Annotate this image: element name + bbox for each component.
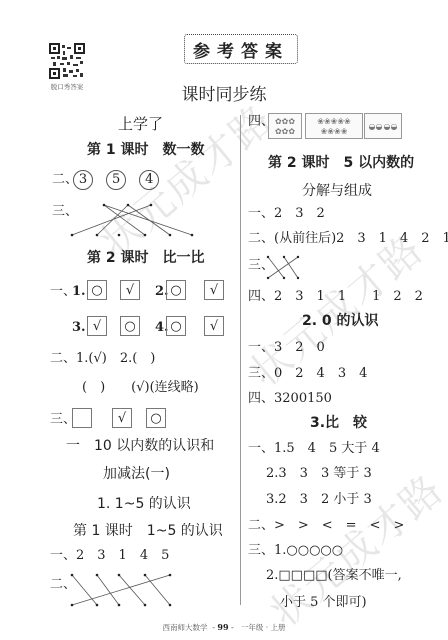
chapter-title: 一 10 以内数的认识和 bbox=[66, 438, 214, 454]
section-title: 1. 1~5 的认识 bbox=[97, 496, 191, 512]
answer-line: 2.□□□□(答案不唯一, bbox=[266, 568, 402, 584]
answer-line: 一、2 3 1 4 5 bbox=[50, 548, 169, 564]
answer-line: 2.3 3 3 等于 3 bbox=[266, 466, 372, 482]
answer-line: 小于 5 个即可) bbox=[280, 595, 367, 611]
lesson-title: 分解与组成 bbox=[302, 183, 372, 199]
answer-circle: 5 bbox=[106, 170, 126, 190]
grade-label: 一年级 · 上册 bbox=[241, 623, 286, 632]
answer-box: ○ bbox=[120, 316, 140, 336]
item-number: 1. bbox=[72, 284, 86, 300]
answer-circle: 3 bbox=[73, 170, 93, 190]
answer-box: ○ bbox=[87, 280, 107, 300]
question-label: 二、 bbox=[50, 577, 76, 593]
chapter-title: 加减法(一) bbox=[103, 466, 170, 482]
answer-box: ○ bbox=[166, 280, 186, 300]
answer-line: 四、2 3 1 1 1 2 2 bbox=[248, 289, 423, 305]
lesson-title: 第 2 课时 5 以内数的 bbox=[268, 155, 414, 171]
answer-line: ( ) (√)(连线略) bbox=[82, 380, 199, 396]
answer-box: √ bbox=[204, 316, 224, 336]
answer-box: ○ bbox=[146, 408, 166, 428]
picture-tomatoes: ◒◒◒◒ bbox=[364, 113, 402, 139]
answer-line: 二、> > < = < > bbox=[248, 518, 404, 534]
page-number: 99 bbox=[217, 622, 228, 632]
lesson-title: 第 1 课时 数一数 bbox=[87, 142, 205, 158]
question-label: 三、 bbox=[248, 258, 274, 274]
answer-line: 三、1.○○○○○ bbox=[248, 543, 343, 559]
answer-box: √ bbox=[112, 408, 132, 428]
question-label: 三、 bbox=[52, 204, 78, 220]
answer-line: 一、1.5 4 5 大于 4 bbox=[248, 441, 380, 457]
unit-title: 上学了 bbox=[118, 116, 163, 132]
picture-balls: ❀❀❀❀❀❀❀❀❀ bbox=[305, 113, 363, 139]
answer-line: 四、3200150 bbox=[248, 391, 332, 407]
answer-box: √ bbox=[204, 280, 224, 300]
picture-flowers: ✿✿✿✿✿✿ bbox=[268, 113, 302, 139]
answer-key-title: 参考答案 bbox=[184, 34, 298, 64]
section-title: 3.比 较 bbox=[310, 415, 367, 431]
answer-box: √ bbox=[120, 280, 140, 300]
answer-box: √ bbox=[87, 316, 107, 336]
page-footer: 西南师大数学 - 99 - 一年级 · 上册 bbox=[0, 622, 448, 633]
section-title: 2. 0 的认识 bbox=[302, 313, 379, 329]
lesson-title: 第 2 课时 比一比 bbox=[87, 250, 205, 266]
answer-line: 二、1.(√) 2.( ) bbox=[50, 351, 155, 367]
answer-line: 3.2 3 2 小于 3 bbox=[266, 492, 372, 508]
answer-line: 三、0 2 4 3 4 bbox=[248, 366, 367, 382]
column-divider bbox=[240, 115, 241, 605]
answer-box: ○ bbox=[166, 316, 186, 336]
answer-box bbox=[72, 408, 92, 428]
item-number: 3. bbox=[72, 320, 86, 336]
answer-circles: 3 5 4 bbox=[73, 170, 168, 190]
answer-circle: 4 bbox=[139, 170, 159, 190]
publisher: 西南师大数学 bbox=[163, 623, 208, 632]
lesson-title: 第 1 课时 1~5 的认识 bbox=[73, 523, 223, 539]
qr-code-icon bbox=[49, 43, 85, 79]
page-subtitle: 课时同步练 bbox=[0, 80, 448, 105]
answer-line: 二、(从前往后)2 3 1 4 2 1 bbox=[248, 231, 448, 247]
answer-line: 一、3 2 0 bbox=[248, 340, 325, 356]
answer-line: 一、2 3 2 bbox=[248, 206, 325, 222]
